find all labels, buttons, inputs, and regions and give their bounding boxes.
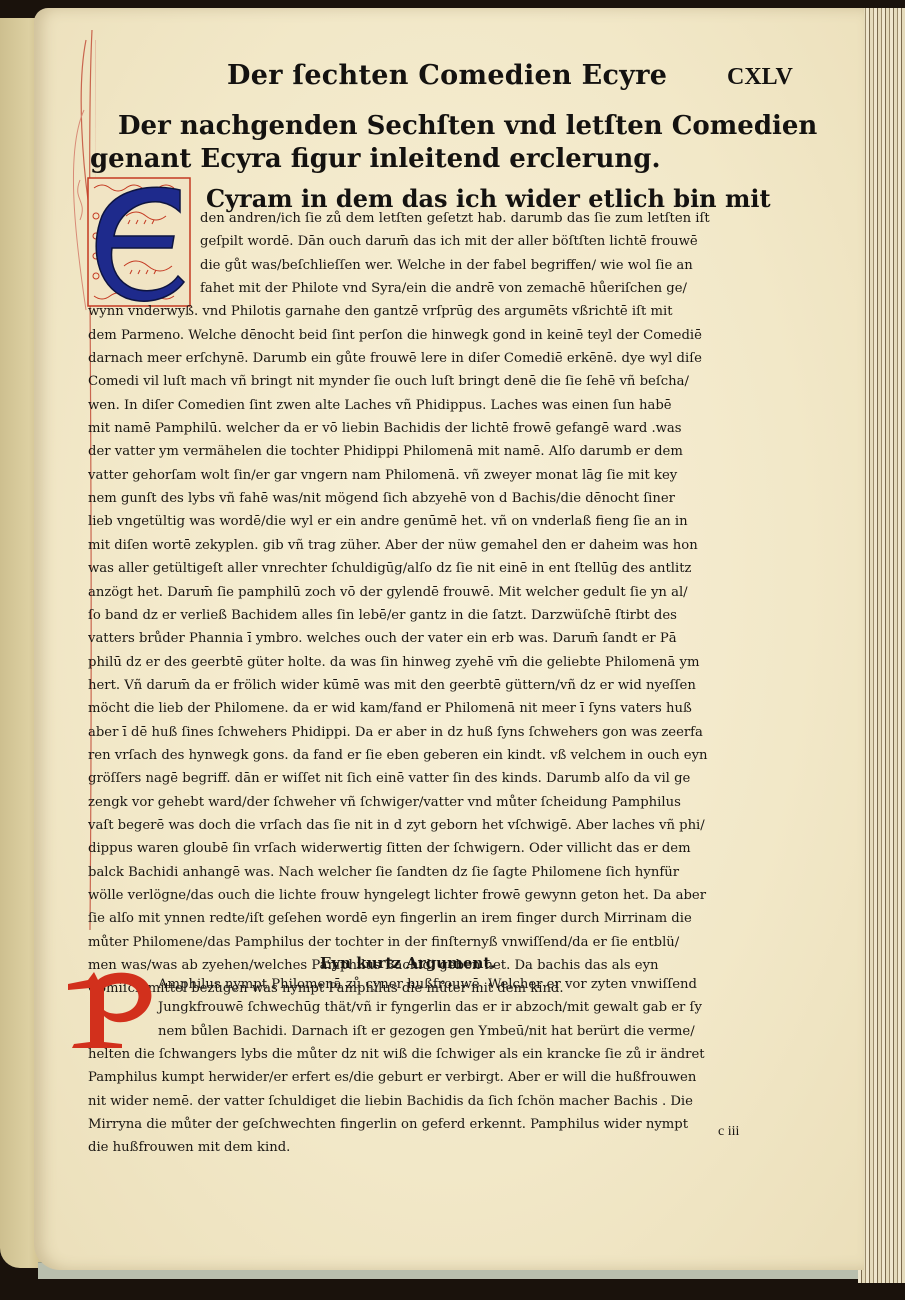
preface-body-text: den andren/ich ſie zů dem letſten geſetz… <box>88 207 788 1001</box>
text-line: der vatter ym vermähelen die tochter Phi… <box>88 440 788 463</box>
text-line: Comedi vil luſt mach vñ bringt nit mynde… <box>88 370 788 393</box>
text-line: dippus waren gloubē ſin vrſach widerwert… <box>88 837 788 860</box>
running-head: Der ſechten Comedien Ecyre <box>227 60 667 91</box>
text-line: ſo band dz er verließ Bachidem alles ſin… <box>88 604 788 627</box>
text-line: nit wider nemē. der vatter ſchuldiget di… <box>88 1090 788 1113</box>
text-line: dem Parmeno. Welche dēnocht beid ſint pe… <box>88 324 788 347</box>
text-line: mit namē Pamphilū. welcher da er vō lieb… <box>88 417 788 440</box>
title-line-1: Der nachgenden Sechſten vnd letſten Come… <box>90 110 790 143</box>
text-line: vatters brůder Phannia ī ymbro. welches … <box>88 627 788 650</box>
text-line: mit diſen wortē zekyplen. gib vñ trag zü… <box>88 534 788 557</box>
text-line: nem gunſt des lybs vñ fahē was/nit mögen… <box>88 487 788 510</box>
text-line: den andren/ich ſie zů dem letſten geſetz… <box>88 207 788 230</box>
text-line: fahet mit der Philote vnd Syra/ein die a… <box>88 277 788 300</box>
argument-body-text: Amphilus nympt Philomenā zů cyner hußfro… <box>88 973 788 1160</box>
text-line: gröſſers nagē begriff. dān er wiſſet nit… <box>88 767 788 790</box>
chapter-title: Der nachgenden Sechſten vnd letſten Come… <box>90 110 790 176</box>
text-line: möcht die lieb der Philomene. da er wid … <box>88 697 788 720</box>
text-line: was aller getültigeſt aller vnrechter ſc… <box>88 557 788 580</box>
text-line: balck Bachidi anhangē was. Nach welcher … <box>88 861 788 884</box>
text-line: ren vrſach des hynwegk gons. da fand er … <box>88 744 788 767</box>
text-line: vatter gehorſam wolt ſin/er gar vngern n… <box>88 464 788 487</box>
book-photograph: Der ſechten Comedien Ecyre CXLV Der nach… <box>0 0 905 1300</box>
folio-number: CXLV <box>727 64 793 91</box>
text-line: philū dz er des geerbtē güter holte. da … <box>88 651 788 674</box>
text-line: hert. Vñ darum̄ da er frölich wider kūmē… <box>88 674 788 697</box>
text-line: vaſt begerē was doch die vrſach das ſie … <box>88 814 788 837</box>
text-line: Pamphilus kumpt herwider/er erfert es/di… <box>88 1066 788 1089</box>
signature-mark: c iii <box>718 1124 739 1140</box>
text-line: wen. In diſer Comedien ſint zwen alte La… <box>88 394 788 417</box>
text-line: wynn vnderwyß. vnd Philotis garnahe den … <box>88 300 788 323</box>
text-line: anzögt het. Darum̄ ſie pamphilū zoch vō … <box>88 581 788 604</box>
text-line: nem bůlen Bachidi. Darnach iſt er gezoge… <box>88 1020 788 1043</box>
text-line: die gůt was/beſchlieſſen wer. Welche in … <box>88 254 788 277</box>
text-line: helten die ſchwangers lybs die můter dz … <box>88 1043 788 1066</box>
running-head-text: Der ſechten Comedien Ecyre <box>227 60 667 91</box>
text-line: zengk vor gehebt ward/der ſchweher vñ ſc… <box>88 791 788 814</box>
text-line: geſpilt wordē. Dān ouch darum̄ das ich m… <box>88 230 788 253</box>
text-line: Mirryna die můter der geſchwechten finge… <box>88 1113 788 1136</box>
title-line-2: genant Ecyra figur inleitend erclerung. <box>90 144 661 174</box>
text-line: lieb vngetültig was wordē/die wyl er ein… <box>88 510 788 533</box>
text-line: darnach meer erſchynē. Darumb ein gůte f… <box>88 347 788 370</box>
text-line: můter Philomene/das Pamphilus der tochte… <box>88 931 788 954</box>
page-stack-edges <box>858 8 905 1283</box>
text-line: die hußfrouwen mit dem kind. <box>88 1136 788 1159</box>
text-line: aber ī dē huß ſines ſchwehers Phidippi. … <box>88 721 788 744</box>
text-line: Jungkfrouwē ſchwechūg thät/vñ ir fyngerl… <box>88 996 788 1019</box>
text-line: Amphilus nympt Philomenā zů cyner hußfro… <box>88 973 788 996</box>
text-line: ſie alſo mit ynnen redte/iſt geſehen wor… <box>88 907 788 930</box>
text-line: wölle verlögne/das ouch die lichte frouw… <box>88 884 788 907</box>
argument-heading: Eyn kurtz Argument. <box>320 954 496 972</box>
